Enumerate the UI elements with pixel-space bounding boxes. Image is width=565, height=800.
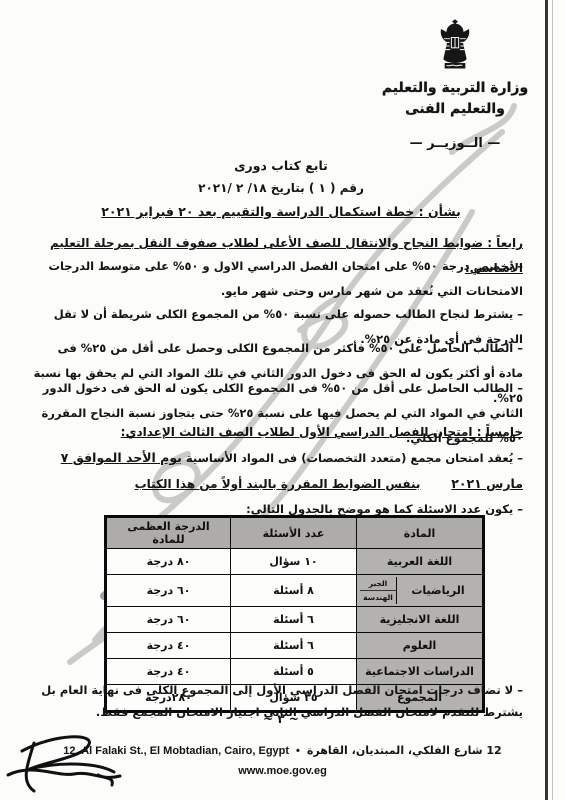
subject-cell: اللغة العربية [357, 549, 484, 575]
col-header-subject: المادة [357, 517, 484, 549]
grade-cell: ٤٠ درجة [106, 633, 231, 659]
table-row-arabic: اللغة العربية ١٠ سؤال ٨٠ درجة [106, 549, 484, 575]
table-row-science: العلوم ٦ أسئلة ٤٠ درجة [106, 633, 484, 659]
subject-cell: اللغة الانجليزية [357, 607, 484, 633]
footer-separator-dot: • [296, 745, 300, 757]
math-subject-label: الرياضيات [397, 577, 479, 604]
scanned-document-page: وزارة التربية والتعليم والتعليم الفنى — … [0, 0, 565, 800]
minister-title: — الــوزيــر — [370, 136, 540, 151]
grade-cell: ٦٠ درجة [106, 575, 231, 607]
ministry-name-line2: والتعليم الفنى [370, 99, 540, 120]
col-header-max-grade: الدرجة العظمى للمادة [106, 517, 231, 549]
questions-cell: ٦ أسئلة [231, 633, 357, 659]
subject-cell: الرياضيات الجبر الهندسة [357, 575, 484, 607]
section5-bullet1-text: – يُعقد امتحان مجمع (متعدد التخصصات) فى … [182, 451, 523, 465]
table-header-row: المادة عدد الأسئلة الدرجة العظمى للمادة [106, 517, 484, 549]
table-row-math: الرياضيات الجبر الهندسة ٨ أسئلة ٦٠ درجة [106, 575, 484, 607]
algebra-label: الجبر [360, 577, 396, 591]
grade-cell: ٨٠ درجة [106, 549, 231, 575]
section5-center-line: بنفس الضوابط المقررة بالبند أولاً من هذا… [32, 472, 523, 497]
scan-edge-line [545, 0, 548, 800]
table-row-english: اللغة الانجليزية ٦ أسئلة ٦٠ درجة [106, 607, 484, 633]
geometry-label: الهندسة [360, 591, 396, 604]
scan-edge-line-thin [552, 0, 553, 800]
grade-cell: ٦٠ درجة [106, 607, 231, 633]
section4-bullet1: – تخصص درجة ٥٠% على امتحان الفصل الدراسي… [32, 254, 523, 304]
subject-cell: العلوم [357, 633, 484, 659]
doc-subject: بشأن : خطة استكمال الدراسة والتقييم بعد … [35, 204, 527, 219]
signature-scribble [0, 731, 140, 800]
section5-center-text: بنفس الضوابط المقررة بالبند أولاً من هذا… [135, 477, 421, 491]
col-header-questions: عدد الأسئلة [231, 517, 357, 549]
questions-cell: ٨ أسئلة [231, 575, 357, 607]
page-number: ~ ٣ ~ [35, 712, 527, 726]
doc-number-date: رقم ( ١ ) بتاريخ ١٨/ ٢ /٢٠٢١ [35, 181, 527, 195]
questions-cell: ٦ أسئلة [231, 607, 357, 633]
doc-title: تابع كتاب دورى [35, 158, 527, 173]
questions-cell: ١٠ سؤال [231, 549, 357, 575]
egypt-eagle-emblem [424, 18, 486, 74]
ministry-name: وزارة التربية والتعليم والتعليم الفنى [370, 78, 540, 120]
footer-address-ar: 12 شارع الفلكي، المبتديان، القاهرة [307, 744, 502, 757]
ministry-name-line1: وزارة التربية والتعليم [370, 78, 540, 99]
math-sub-branches: الجبر الهندسة [360, 577, 397, 604]
section5-heading: خامساً : امتحان الفصل الدراسي الأول لطلا… [32, 420, 523, 445]
